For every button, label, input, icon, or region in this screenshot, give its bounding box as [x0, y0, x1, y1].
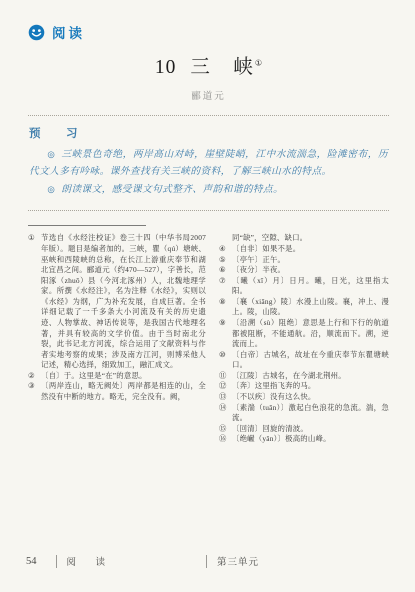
footnote-text: 〔素湍（tuān）〕激起白色浪花的急流。湍，急流。: [232, 403, 389, 423]
footnote-number: ④: [219, 244, 226, 255]
lesson-number: 10: [155, 57, 177, 78]
footnote-item: ③〔两岸连山，略无阙处〕两岸都是相连的山，全然没有中断的地方。略无，完全没有。阙…: [28, 381, 206, 402]
smiley-reading-icon: [28, 24, 45, 41]
footnote-item: ⑨〔沿溯（sù）阻绝〕意思是上行和下行的航道都被阻断，不能通航。沿，顺流而下。溯…: [219, 318, 389, 350]
footnote-text: 〔不以疾〕没有这么快。: [232, 392, 316, 401]
footnote-text: 〔曦（xī）月〕日月。曦，日光，这里指太阳。: [232, 276, 389, 296]
footnote-text: 〔沿溯（sù）阻绝〕意思是上行和下行的航道都被阻断，不能通航。沿，顺流而下。溯，…: [232, 318, 389, 348]
footnote-item: ②〔自〕于。这里是“在”的意思。: [28, 371, 206, 382]
preview-item-text: 三峡景色奇绝，两岸高山对峙，崖壁陡峭，江中水流湍急，险滩密布，历代文人多有吟咏。…: [29, 149, 388, 177]
preview-heading: 预 习: [29, 125, 388, 141]
page-footer: 54 阅 读 第三单元: [26, 554, 389, 568]
lesson-title-text: 三 峡: [190, 57, 255, 78]
footnote-number: ⑧: [219, 297, 226, 308]
preview-box: 预 习 ◎三峡景色奇绝，两岸高山对峙，崖壁陡峭，江中水流湍急，险滩密布，历代文人…: [28, 115, 389, 211]
page-number: 54: [26, 556, 37, 567]
footnote-text: 〔自〕于。这里是“在”的意思。: [41, 371, 147, 380]
preview-items: ◎三峡景色奇绝，两岸高山对峙，崖壁陡峭，江中水流湍急，险滩密布，历代文人多有吟咏…: [29, 146, 388, 198]
footnote-text: 〔回清〕回旋的清波。: [232, 424, 308, 433]
author-name: 郦道元: [28, 88, 389, 102]
footnote-number: ⑮: [219, 424, 227, 435]
preview-item-text: 朗读课文，感受课文句式整齐、声韵和谐的特点。: [61, 184, 283, 195]
bullet-icon: ◎: [47, 149, 55, 159]
preview-item: ◎三峡景色奇绝，两岸高山对峙，崖壁陡峭，江中水流湍急，险滩密布，历代文人多有吟咏…: [29, 146, 388, 181]
footnote-number: ⑯: [219, 434, 227, 445]
section-header: 阅读: [28, 22, 389, 42]
preview-item: ◎朗读课文，感受课文句式整齐、声韵和谐的特点。: [29, 181, 388, 198]
footnote-number: ⑪: [219, 371, 227, 382]
footnote-text: 〔夜分〕半夜。: [232, 265, 285, 274]
footnote-number: ⑭: [219, 403, 227, 414]
footnote-number: ⑬: [219, 392, 227, 403]
footnote-item: ⑮〔回清〕回旋的清波。: [219, 424, 389, 435]
footnote-text: 〔两岸连山，略无阙处〕两岸都是相连的山，全然没有中断的地方。略无，完全没有。阙，: [41, 381, 206, 401]
footnote-item: ⑪〔江陵〕古城名，在今湖北荆州。: [219, 371, 389, 382]
footnote-text: 〔白帝〕古城名，故址在今重庆奉节东瞿塘峡口。: [232, 350, 389, 370]
footnote-number: ③: [28, 381, 35, 392]
footer-divider: [56, 555, 57, 568]
footnote-text: 〔襄（xiāng）陵〕水漫上山陵。襄，冲上、漫上。陵，山陵。: [232, 297, 389, 317]
footnote-item: ⑥〔夜分〕半夜。: [219, 265, 389, 276]
footnote-text: 〔自非〕如果不是。: [232, 244, 300, 253]
lesson-title: 10三 峡①: [28, 51, 389, 79]
title-note-ref: ①: [255, 59, 262, 68]
footnote-text: 〔亭午〕正午。: [232, 255, 285, 264]
bullet-icon: ◎: [47, 184, 55, 194]
footer-section-label: 阅 读: [67, 554, 111, 568]
footnote-number: ⑦: [219, 276, 226, 287]
footnote-separator: [28, 225, 146, 226]
footnote-item: ⑬〔不以疾〕没有这么快。: [219, 392, 389, 403]
footnote-column-left: ①节选自《水经注校证》卷三十四（中华书局2007年版）。题目是编者加的。三峡，瞿…: [28, 233, 206, 445]
footnote-item: ⑭〔素湍（tuān）〕激起白色浪花的急流。湍，急流。: [219, 403, 389, 424]
footnote-item: ①节选自《水经注校证》卷三十四（中华书局2007年版）。题目是编者加的。三峡，瞿…: [28, 233, 206, 371]
footnote-item: ⑩〔白帝〕古城名，故址在今重庆奉节东瞿塘峡口。: [219, 350, 389, 371]
footnote-item: 同“缺”，空隙、缺口。: [219, 233, 389, 244]
footnote-number: ①: [28, 233, 35, 244]
footnote-item: ⑦〔曦（xī）月〕日月。曦，日光，这里指太阳。: [219, 276, 389, 297]
footnote-item: ④〔自非〕如果不是。: [219, 244, 389, 255]
footnote-number: ⑥: [219, 265, 226, 276]
footnote-item: ⑧〔襄（xiāng）陵〕水漫上山陵。襄，冲上、漫上。陵，山陵。: [219, 297, 389, 318]
footnote-item: ⑤〔亭午〕正午。: [219, 255, 389, 266]
footnote-item: ⑯〔绝𪩘（yǎn）〕极高的山峰。: [219, 434, 389, 445]
footer-unit-label: 第三单元: [217, 554, 259, 568]
section-label: 阅读: [52, 22, 85, 42]
footnote-number: ⑫: [219, 381, 227, 392]
footnote-number: ⑤: [219, 255, 226, 266]
footnote-text: 〔奔〕这里指飞奔的马。: [232, 381, 316, 390]
footnote-number: ⑨: [219, 318, 226, 329]
footnote-text: 〔绝𪩘（yǎn）〕极高的山峰。: [232, 434, 331, 443]
footnote-number: ②: [28, 371, 35, 382]
textbook-page: 阅读 10三 峡① 郦道元 预 习 ◎三峡景色奇绝，两岸高山对峙，崖壁陡峭，江中…: [0, 0, 415, 592]
footnote-number: ⑩: [219, 350, 226, 361]
footnotes: ①节选自《水经注校证》卷三十四（中华书局2007年版）。题目是编者加的。三峡，瞿…: [28, 233, 389, 445]
footnote-text: 节选自《水经注校证》卷三十四（中华书局2007年版）。题目是编者加的。三峡，瞿（…: [41, 233, 206, 369]
footer-divider: [206, 555, 207, 568]
footnote-item: ⑫〔奔〕这里指飞奔的马。: [219, 381, 389, 392]
footnote-text: 〔江陵〕古城名，在今湖北荆州。: [232, 371, 346, 380]
footnote-column-right: 同“缺”，空隙、缺口。④〔自非〕如果不是。⑤〔亭午〕正午。⑥〔夜分〕半夜。⑦〔曦…: [219, 233, 389, 445]
footnote-text: 同“缺”，空隙、缺口。: [232, 233, 307, 242]
